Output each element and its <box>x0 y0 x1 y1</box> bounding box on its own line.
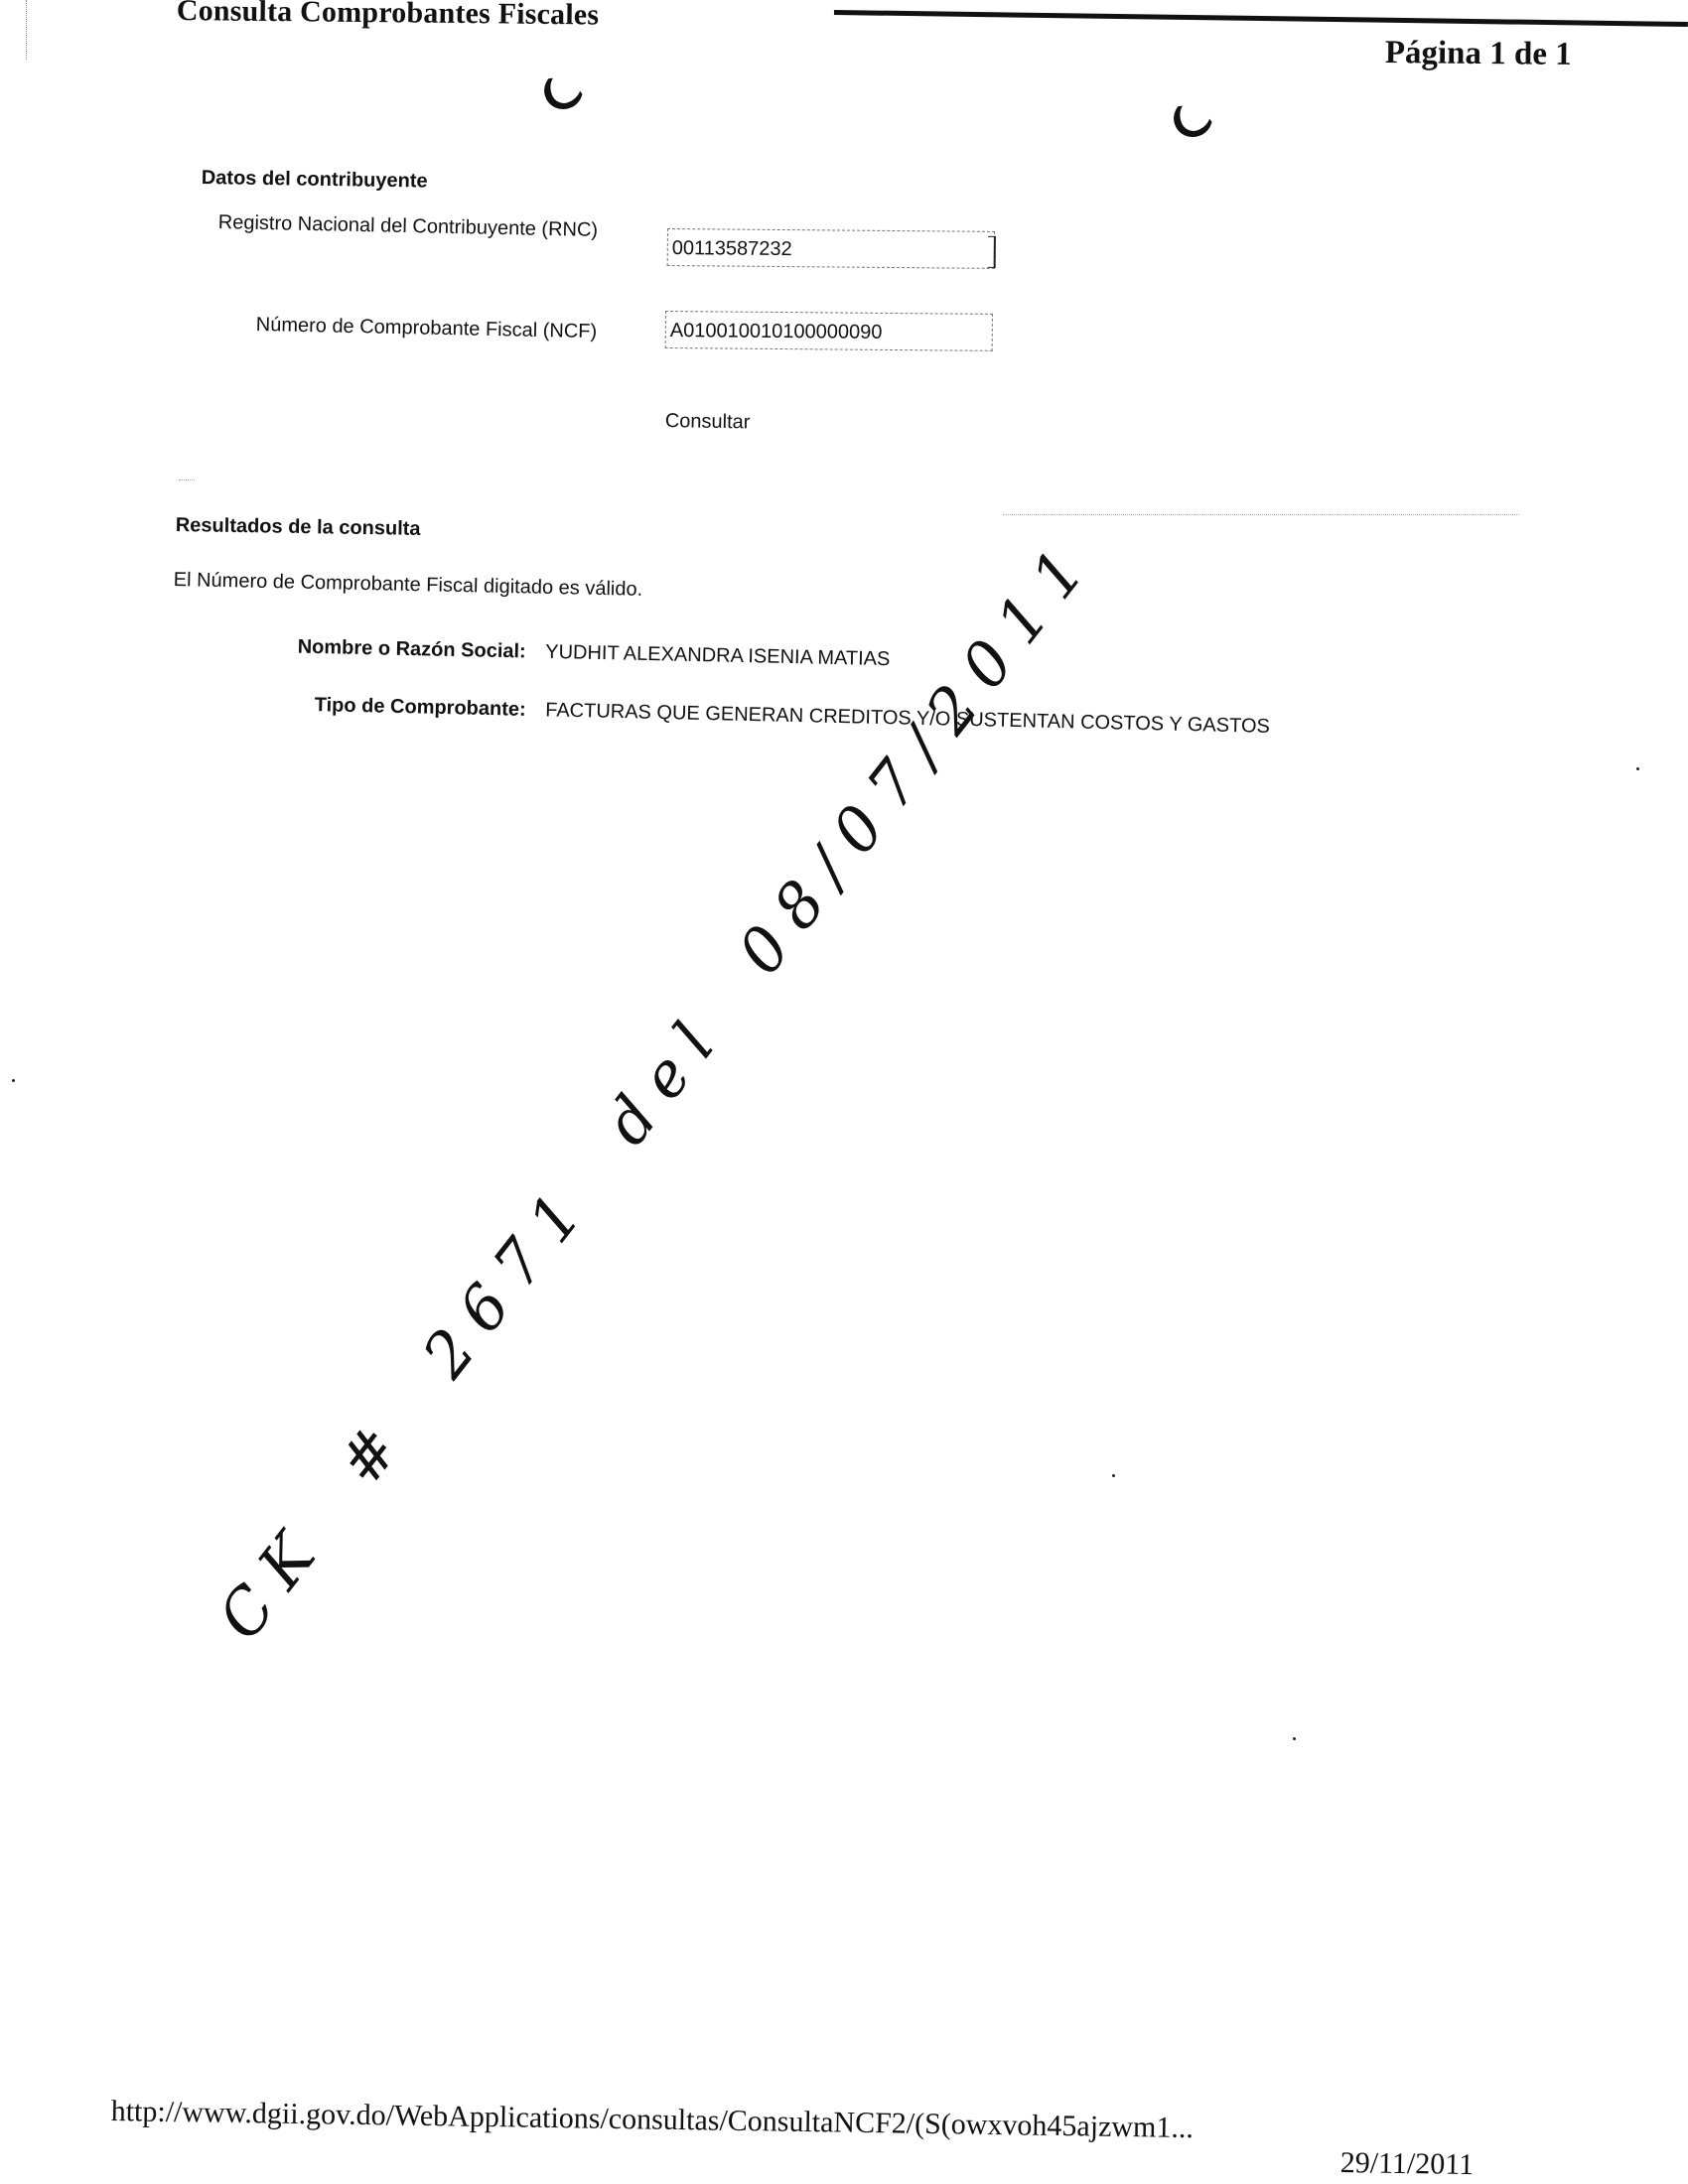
scan-noise <box>179 479 195 481</box>
consultar-button[interactable]: Consultar <box>665 410 751 434</box>
field-border-bracket <box>988 236 996 268</box>
results-heading: Resultados de la consulta <box>176 514 421 541</box>
ncf-label: Número de Comprobante Fiscal (NCF) <box>256 314 598 343</box>
scan-speck <box>1293 1737 1296 1740</box>
rnc-field[interactable]: 00113587232 <box>667 228 995 269</box>
ncf-field[interactable]: A010010010100000090 <box>665 311 993 351</box>
result-label: Nombre o Razón Social: <box>268 635 526 663</box>
result-label: Tipo de Comprobante: <box>267 693 525 722</box>
scan-speck <box>12 1079 15 1082</box>
scan-speck <box>1112 1474 1115 1477</box>
result-row-tipo-comprobante: Tipo de Comprobante: FACTURAS QUE GENERA… <box>267 693 1270 739</box>
validation-status-message: El Número de Comprobante Fiscal digitado… <box>174 569 643 602</box>
scanned-page: Consulta Comprobantes Fiscales Página 1 … <box>0 0 1688 2184</box>
footer-print-date: 29/11/2011 <box>1339 2146 1474 2182</box>
page-number: Página 1 de 1 <box>1385 35 1572 73</box>
punch-hole-mark-icon <box>539 66 589 114</box>
punch-hole-mark-icon <box>1169 93 1218 142</box>
scan-margin-line <box>26 0 28 60</box>
scan-noise <box>1003 514 1519 516</box>
scan-speck <box>1636 767 1639 770</box>
header-rule <box>834 10 1688 27</box>
result-value: YUDHIT ALEXANDRA ISENIA MATIAS <box>545 641 891 671</box>
rnc-label: Registro Nacional del Contribuyente (RNC… <box>218 211 599 242</box>
footer-url: http://www.dgii.gov.do/WebApplications/c… <box>110 2095 1194 2145</box>
page-title: Consulta Comprobantes Fiscales <box>177 0 600 32</box>
taxpayer-data-heading: Datos del contribuyente <box>202 167 428 194</box>
rnc-field-value: 00113587232 <box>672 237 792 260</box>
ncf-field-value: A010010010100000090 <box>670 320 883 343</box>
result-row-razon-social: Nombre o Razón Social: YUDHIT ALEXANDRA … <box>268 635 891 671</box>
handwritten-annotation: CK # 2671 del 08/07/2011 <box>204 522 1109 1653</box>
